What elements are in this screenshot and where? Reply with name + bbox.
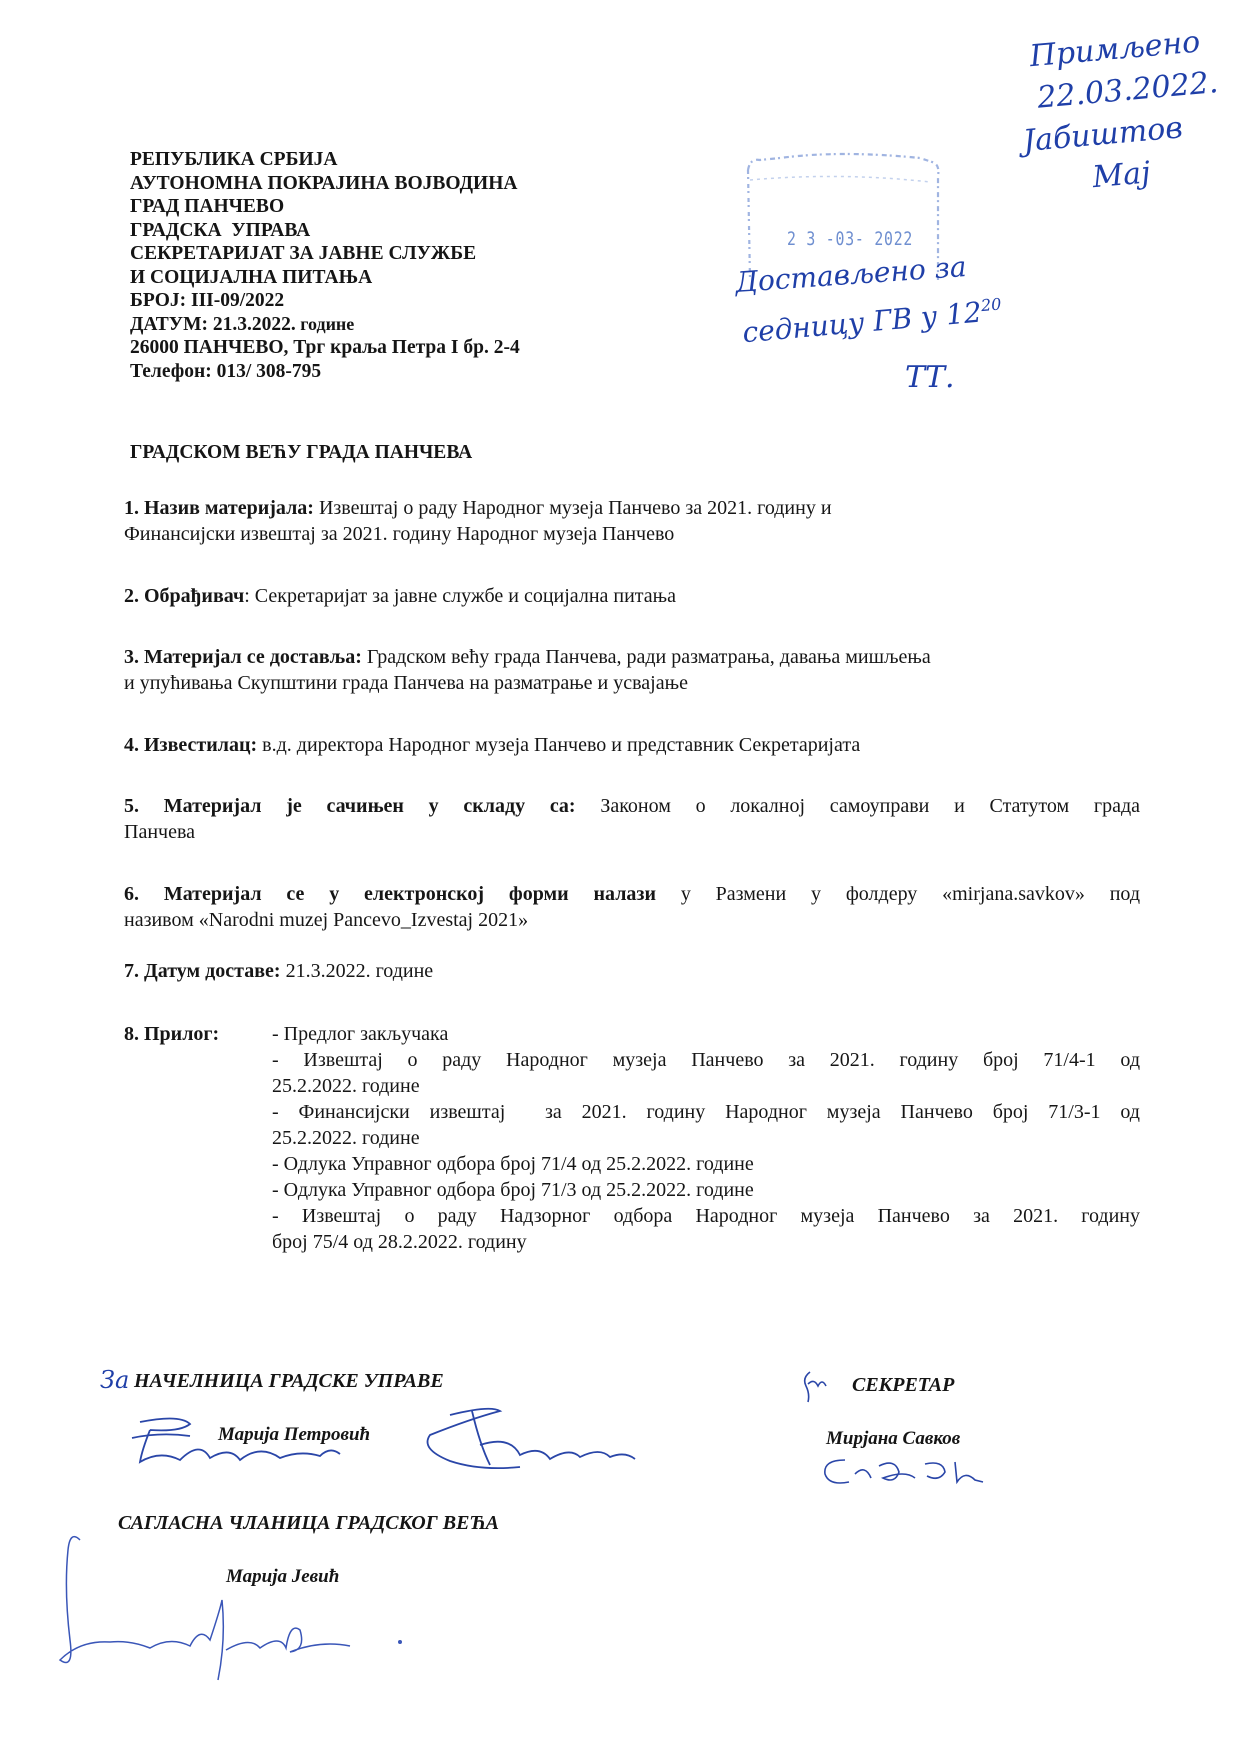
stamp-date: 2 3 -03- 2022 [787,228,913,250]
document-number: БРОЈ: III-09/2022 [130,289,520,313]
item-text: Законом о локалној самоуправи и Статутом… [576,795,1140,817]
attachments-label: 8. Прилог: [124,1021,219,1047]
signature-icon [410,1405,650,1485]
item-text: Извештај о раду Народног музеја Панчево … [314,497,832,519]
address-street: Трг краља Петра I бр. 2-4 [288,337,519,358]
item-text: 21.3.2022. године [281,960,434,982]
header-line: РЕПУБЛИКА СРБИЈА [130,148,520,172]
attachment-item: 25.2.2022. године [272,1073,1140,1099]
header-line: АУТОНОМНА ПОКРАЈИНА ВОЈВОДИНА [130,172,520,196]
item-label: 4. Известилац: [124,734,257,756]
item-text: Градском већу града Панчева, ради размат… [362,646,931,668]
item-label: 2. Обрађивач [124,585,244,607]
attachments-list: - Предлог закључака - Извештај о раду На… [272,1021,1140,1255]
note-sup: 20 [980,294,1002,315]
phone: Телефон: 013/ 308-795 [130,360,520,384]
attachment-item: - Одлука Управног одбора број 71/4 од 25… [272,1151,1140,1177]
addressee: ГРАДСКОМ ВЕЋУ ГРАДА ПАНЧЕВА [130,442,472,464]
item-reporter: 4. Известилац: в.д. директора Народног м… [124,732,1140,758]
attachment-item: - Одлука Управног одбора број 71/3 од 25… [272,1177,1140,1203]
item-electronic-form: 6. Материјал се у електронској форми нал… [124,881,1140,933]
item-text: називом «Narodni muzej Pancevo_Izvestaj … [124,909,528,931]
header-line: ГРАД ПАНЧЕВО [130,195,520,219]
handwritten-delivery-note: седницу ГВ у 1220 [741,294,1003,350]
note-line: седницу ГВ у 12 [741,295,983,349]
document-date: ДАТУМ: 21.3.2022. године [130,313,520,337]
item-label: 6. Материјал се у електронској форми нал… [124,883,656,905]
signature-name-secretary: Мирјана Савков [826,1428,960,1450]
item-legal-basis: 5. Материјал је сачињен у складу са: Зак… [124,793,1140,845]
attachment-item: - Извештај о раду Надзорног одбора Народ… [272,1203,1140,1229]
note-initials: ТТ. [905,360,955,395]
item-text: у Размени у фолдеру «mirjana.savkov» под [656,883,1140,905]
document-page: РЕПУБЛИКА СРБИЈА АУТОНОМНА ПОКРАЈИНА ВОЈ… [0,0,1240,1752]
item-text: Панчева [124,821,195,843]
attachment-item: - Финансијски извештај за 2021. годину Н… [272,1099,1140,1125]
attachment-item: - Извештај о раду Народног музеја Панчев… [272,1047,1140,1073]
attachment-item: 25.2.2022. године [272,1125,1140,1151]
header-line: СЕКРЕТАРИЈАТ ЗА ЈАВНЕ СЛУЖБЕ [130,242,520,266]
signature-icon [120,1410,420,1480]
item-text: и упућивања Скупштини града Панчева на р… [124,672,688,694]
item-text: : Секретаријат за јавне службе и социјал… [244,585,676,607]
document-header: РЕПУБЛИКА СРБИЈА АУТОНОМНА ПОКРАЈИНА ВОЈ… [130,148,520,383]
item-label: 5. Материјал је сачињен у складу са: [124,795,576,817]
header-line: И СОЦИЈАЛНА ПИТАЊА [130,266,520,290]
initials-icon [800,1368,830,1408]
item-text: в.д. директора Народног музеја Панчево и… [257,734,860,756]
attachment-item: број 75/4 од 28.2.2022. годину [272,1229,1140,1255]
address: 26000 ПАНЧЕВО, Трг краља Петра I бр. 2-4 [130,336,520,360]
handwritten-receipt-note: Примљено 22.03.2022. Јабиштов Мај [1028,20,1227,204]
item-material-title: 1. Назив материјала: Извештај о раду Нар… [124,495,1140,547]
item-delivered-to: 3. Материјал се доставља: Градском већу … [124,644,1140,696]
signature-title-secretary: СЕКРЕТАР [852,1374,954,1397]
signature-icon [815,1452,1015,1492]
signature-title-head: НАЧЕЛНИЦА ГРАДСКЕ УПРАВЕ [134,1370,444,1393]
header-line: ГРАДСКА УПРАВА [130,219,520,243]
item-label: 1. Назив материјала: [124,497,314,519]
item-label: 3. Материјал се доставља: [124,646,362,668]
item-label: 7. Датум доставе: [124,960,281,982]
item-delivery-date: 7. Датум доставе: 21.3.2022. године [124,958,1140,984]
attachment-item: - Предлог закључака [272,1021,1140,1047]
item-text: Финансијски извештај за 2021. годину Нар… [124,523,674,545]
date-label: ДАТУМ: 21.3.2022. [130,314,296,335]
handwritten-za-mark: За [100,1366,129,1394]
handwritten-initials: ТТ. [905,360,955,395]
signature-icon [50,1530,420,1720]
address-city: 26000 ПАНЧЕВО, [130,337,288,358]
date-suffix: године [296,314,355,334]
item-processor: 2. Обрађивач: Секретаријат за јавне служ… [124,583,1140,609]
